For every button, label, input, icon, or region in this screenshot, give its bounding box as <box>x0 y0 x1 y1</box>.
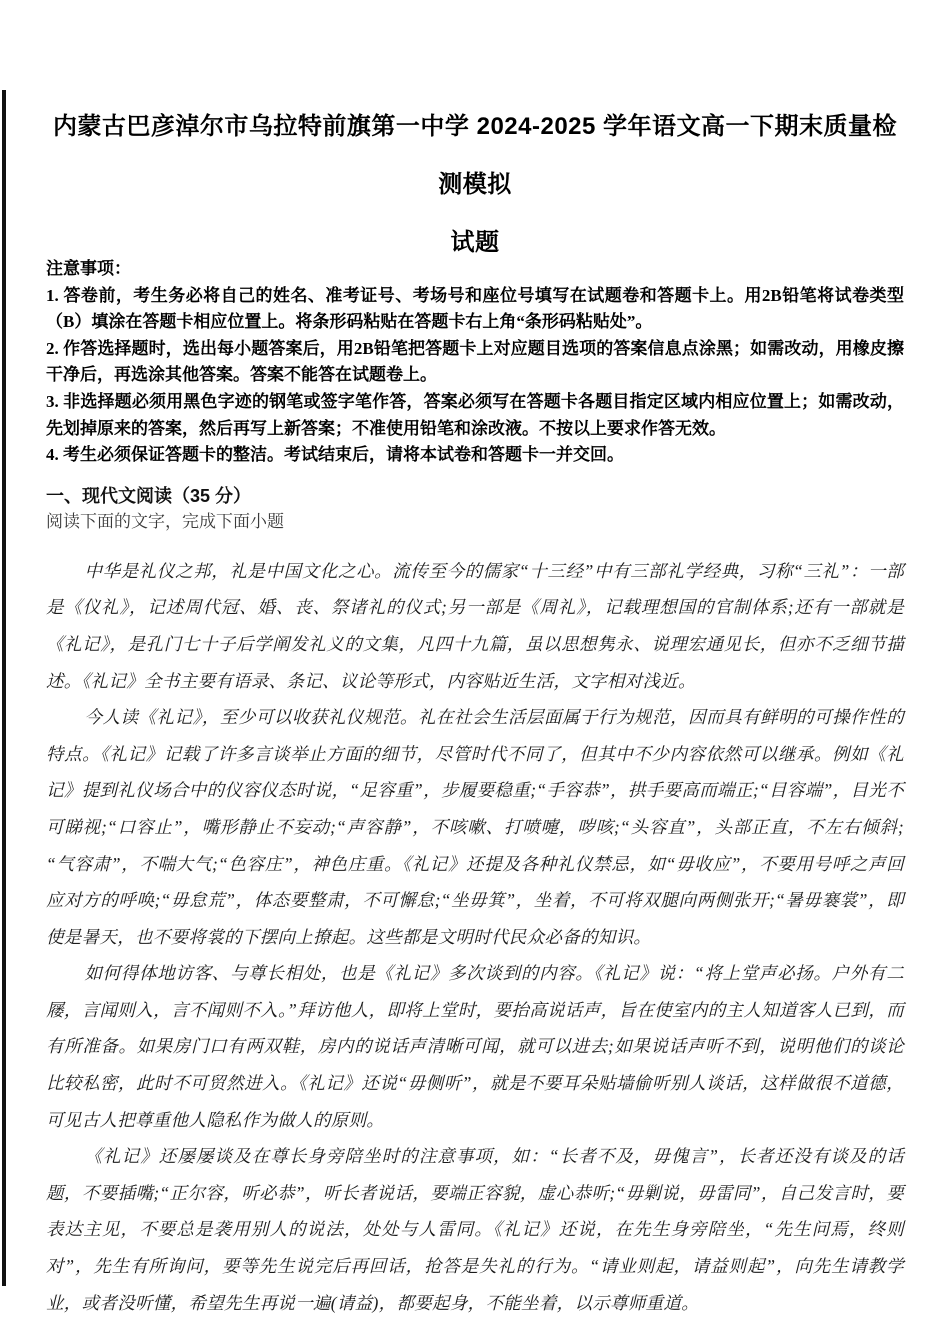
passage-paragraph-3: 如何得体地访客、与尊长相处，也是《礼记》多次谈到的内容。《礼记》说：“将上堂声必… <box>46 955 904 1138</box>
exam-title-line1: 内蒙古巴彦淖尔市乌拉特前旗第一中学 2024-2025 学年语文高一下期末质量检… <box>53 113 897 198</box>
notice-section: 注意事项： 1. 答卷前，考生务必将自己的姓名、准考证号、考场号和座位号填写在试… <box>46 256 904 469</box>
reading-instruction: 阅读下面的文字，完成下面小题 <box>46 509 904 535</box>
section-heading-modern-reading: 一、现代文阅读（35 分） <box>46 483 904 509</box>
notice-item-1: 1. 答卷前，考生务必将自己的姓名、准考证号、考场号和座位号填写在试题卷和答题卡… <box>46 283 904 336</box>
scan-artifact-line <box>2 90 6 1286</box>
reading-passage: 中华是礼仪之邦，礼是中国文化之心。流传至今的儒家“十三经”中有三部礼学经典，习称… <box>46 553 904 1321</box>
exam-title: 内蒙古巴彦淖尔市乌拉特前旗第一中学 2024-2025 学年语文高一下期末质量检… <box>46 98 904 272</box>
notice-item-4: 4. 考生必须保证答题卡的整洁。考试结束后，请将本试卷和答题卡一并交回。 <box>46 442 904 469</box>
exam-paper-page: 内蒙古巴彦淖尔市乌拉特前旗第一中学 2024-2025 学年语文高一下期末质量检… <box>0 0 950 1344</box>
notice-item-3: 3. 非选择题必须用黑色字迹的钢笔或签字笔作答，答案必须写在答题卡各题目指定区域… <box>46 389 904 442</box>
notice-item-2: 2. 作答选择题时，选出每小题答案后，用2B铅笔把答题卡上对应题目选项的答案信息… <box>46 336 904 389</box>
passage-paragraph-1: 中华是礼仪之邦，礼是中国文化之心。流传至今的儒家“十三经”中有三部礼学经典，习称… <box>46 553 904 699</box>
passage-paragraph-4: 《礼记》还屡屡谈及在尊长身旁陪坐时的注意事项，如：“长者不及，毋傀言”，长者还没… <box>46 1138 904 1321</box>
passage-paragraph-2: 今人读《礼记》，至少可以收获礼仪规范。礼在社会生活层面属于行为规范，因而具有鲜明… <box>46 699 904 955</box>
exam-title-line2: 试题 <box>451 229 500 256</box>
